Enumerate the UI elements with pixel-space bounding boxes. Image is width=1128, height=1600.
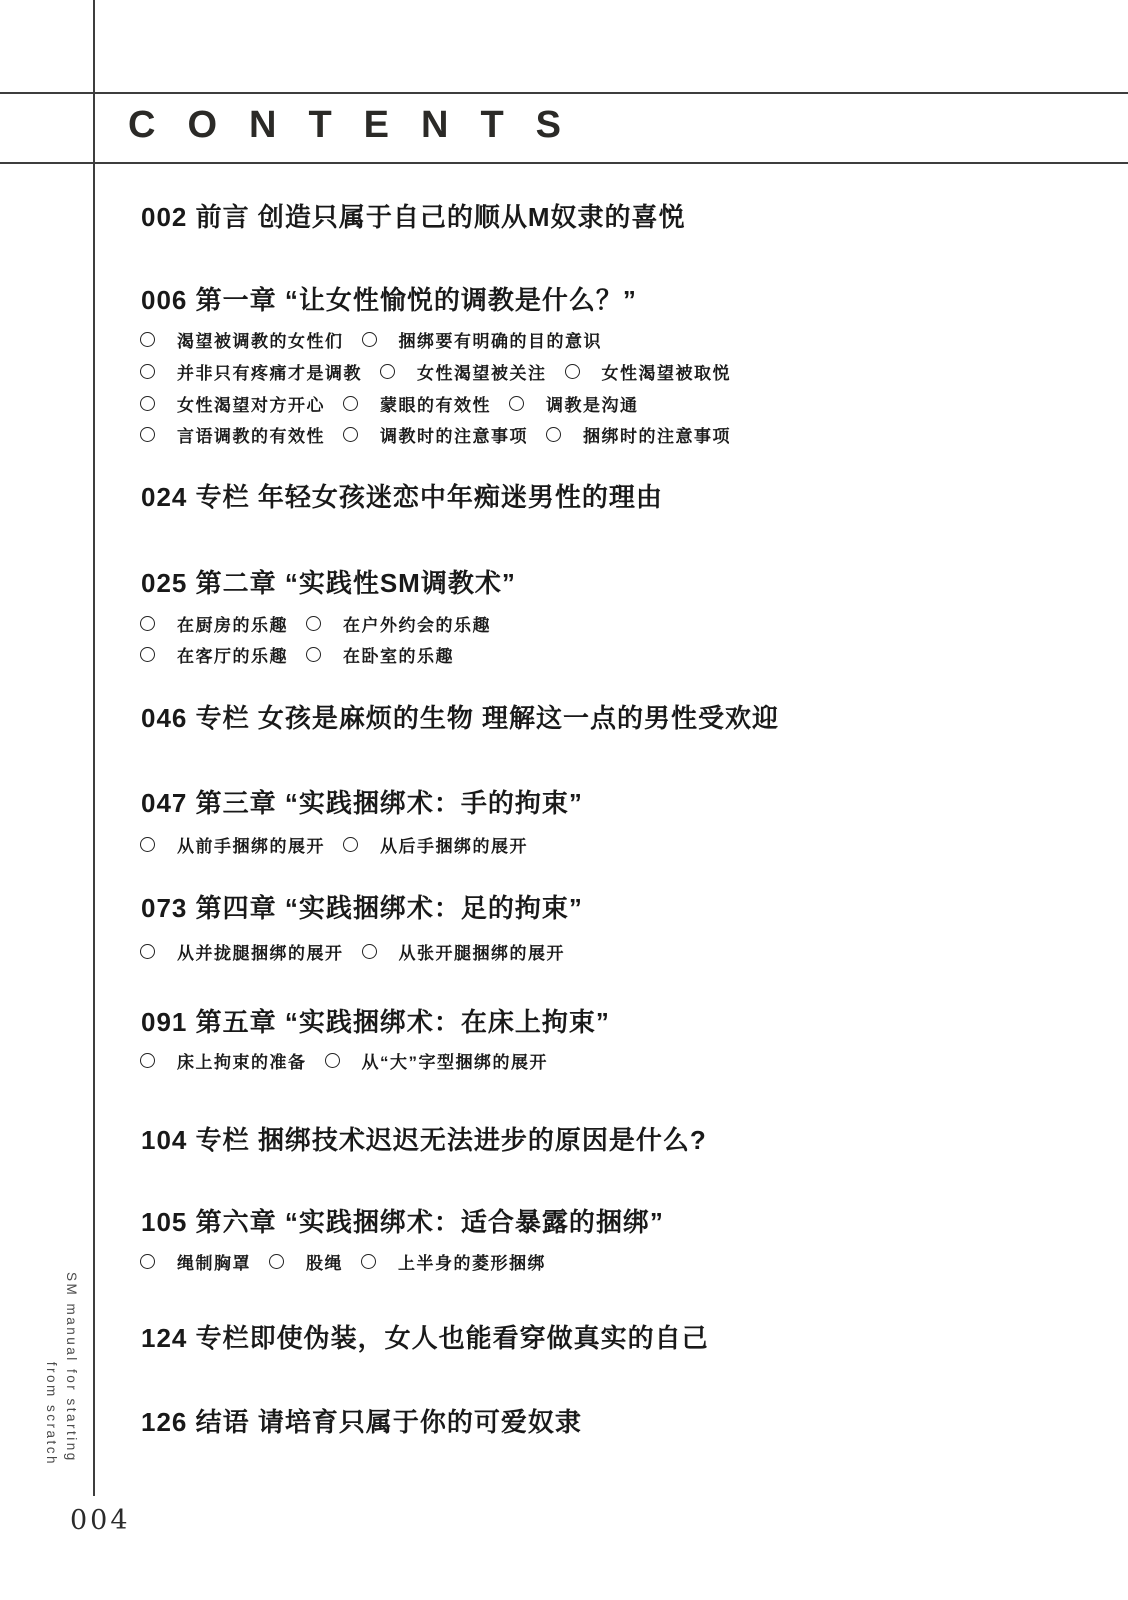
spine-text: SM manual for starting from scratch xyxy=(41,1272,81,1478)
toc-subrow: 女性渴望对方开心 蒙眼的有效性 调教是沟通 xyxy=(140,393,657,413)
toc-subitem: 绳制胸罩 xyxy=(140,1249,251,1274)
toc-subitem: 在卧室的乐趣 xyxy=(306,642,454,667)
toc-subitem: 调教时的注意事项 xyxy=(343,422,528,447)
circle-bullet-icon xyxy=(343,837,358,852)
toc-subrow: 言语调教的有效性 调教时的注意事项 捆绑时的注意事项 xyxy=(140,424,749,444)
toc-entry-126-epilogue: 126 结语 请培育只属于你的可爱奴隶 xyxy=(141,1409,582,1435)
toc-entry-002-preface: 002 前言 创造只属于自己的顺从M奴隶的喜悦 xyxy=(141,204,686,230)
toc-entry-025-chapter2: 025 第二章 “实践性SM调教术” xyxy=(141,570,516,596)
toc-entry-006-chapter1: 006 第一章 “让女性愉悦的调教是什么？” xyxy=(141,287,637,313)
toc-entry-073-chapter4: 073 第四章 “实践捆绑术：足的拘束” xyxy=(141,895,583,921)
toc-subitem: 从张开腿捆绑的展开 xyxy=(362,939,566,964)
circle-bullet-icon xyxy=(140,647,155,662)
circle-bullet-icon xyxy=(362,944,377,959)
circle-bullet-icon xyxy=(140,364,155,379)
toc-entry-104-column: 104 专栏 捆绑技术迟迟无法进步的原因是什么? xyxy=(141,1127,707,1153)
toc-entry-046-column: 046 专栏 女孩是麻烦的生物 理解这一点的男性受欢迎 xyxy=(141,705,779,731)
spine-text-line2: from scratch xyxy=(41,1272,61,1478)
toc-entry-047-chapter3: 047 第三章 “实践捆绑术：手的拘束” xyxy=(141,790,583,816)
toc-subitem: 在客厅的乐趣 xyxy=(140,642,288,667)
circle-bullet-icon xyxy=(306,647,321,662)
toc-subitem: 从前手捆绑的展开 xyxy=(140,832,325,857)
toc-subitem: 调教是沟通 xyxy=(509,391,639,416)
toc-subrow: 渴望被调教的女性们 捆绑要有明确的目的意识 xyxy=(140,329,620,349)
circle-bullet-icon xyxy=(546,427,561,442)
page-number: 004 xyxy=(70,1505,131,1536)
toc-entry-124-column: 124 专栏即使伪装，女人也能看穿做真实的自己 xyxy=(141,1325,709,1351)
toc-subitem: 言语调教的有效性 xyxy=(140,422,325,447)
circle-bullet-icon xyxy=(565,364,580,379)
spine-text-line1: SM manual for starting xyxy=(61,1272,81,1478)
circle-bullet-icon xyxy=(140,427,155,442)
circle-bullet-icon xyxy=(140,1053,155,1068)
toc-subitem: 从并拢腿捆绑的展开 xyxy=(140,939,344,964)
toc-subrow: 绳制胸罩 股绳 上半身的菱形捆绑 xyxy=(140,1251,564,1271)
toc-subitem: 在厨房的乐趣 xyxy=(140,611,288,636)
toc-subitem: 蒙眼的有效性 xyxy=(343,391,491,416)
circle-bullet-icon xyxy=(140,332,155,347)
circle-bullet-icon xyxy=(343,427,358,442)
toc-subitem: 床上拘束的准备 xyxy=(140,1048,307,1073)
circle-bullet-icon xyxy=(343,396,358,411)
toc-subitem: 女性渴望被关注 xyxy=(380,359,547,384)
circle-bullet-icon xyxy=(140,1254,155,1269)
toc-entry-105-chapter6: 105 第六章 “实践捆绑术：适合暴露的捆绑” xyxy=(141,1209,664,1235)
circle-bullet-icon xyxy=(380,364,395,379)
toc-subitem: 捆绑要有明确的目的意识 xyxy=(362,327,603,352)
toc-subitem: 女性渴望对方开心 xyxy=(140,391,325,416)
circle-bullet-icon xyxy=(361,1254,376,1269)
circle-bullet-icon xyxy=(306,616,321,631)
toc-entry-091-chapter5: 091 第五章 “实践捆绑术：在床上拘束” xyxy=(141,1009,610,1035)
toc-subitem: 在户外约会的乐趣 xyxy=(306,611,491,636)
toc-subrow: 从并拢腿捆绑的展开 从张开腿捆绑的展开 xyxy=(140,941,583,961)
toc-subitem: 从后手捆绑的展开 xyxy=(343,832,528,857)
circle-bullet-icon xyxy=(140,944,155,959)
circle-bullet-icon xyxy=(140,396,155,411)
toc-subrow: 在客厅的乐趣 在卧室的乐趣 xyxy=(140,644,472,664)
toc-subrow: 在厨房的乐趣 在户外约会的乐趣 xyxy=(140,613,509,633)
page-title: CONTENTS xyxy=(128,106,593,144)
toc-subitem: 捆绑时的注意事项 xyxy=(546,422,731,447)
left-margin-rule xyxy=(93,0,95,1496)
circle-bullet-icon xyxy=(269,1254,284,1269)
toc-subrow: 并非只有疼痛才是调教 女性渴望被关注 女性渴望被取悦 xyxy=(140,361,749,381)
toc-subitem: 从“大”字型捆绑的展开 xyxy=(325,1048,549,1073)
header-rule-top xyxy=(0,92,1128,94)
circle-bullet-icon xyxy=(509,396,524,411)
toc-subitem: 女性渴望被取悦 xyxy=(565,359,732,384)
circle-bullet-icon xyxy=(140,837,155,852)
header-rule-bottom xyxy=(0,162,1128,164)
toc-subrow: 床上拘束的准备 从“大”字型捆绑的展开 xyxy=(140,1050,566,1070)
circle-bullet-icon xyxy=(325,1053,340,1068)
toc-subitem: 股绳 xyxy=(269,1249,343,1274)
toc-subitem: 上半身的菱形捆绑 xyxy=(361,1249,546,1274)
circle-bullet-icon xyxy=(140,616,155,631)
toc-subitem: 并非只有疼痛才是调教 xyxy=(140,359,362,384)
toc-subitem: 渴望被调教的女性们 xyxy=(140,327,344,352)
toc-entry-024-column: 024 专栏 年轻女孩迷恋中年痴迷男性的理由 xyxy=(141,484,663,510)
circle-bullet-icon xyxy=(362,332,377,347)
toc-subrow: 从前手捆绑的展开 从后手捆绑的展开 xyxy=(140,834,546,854)
